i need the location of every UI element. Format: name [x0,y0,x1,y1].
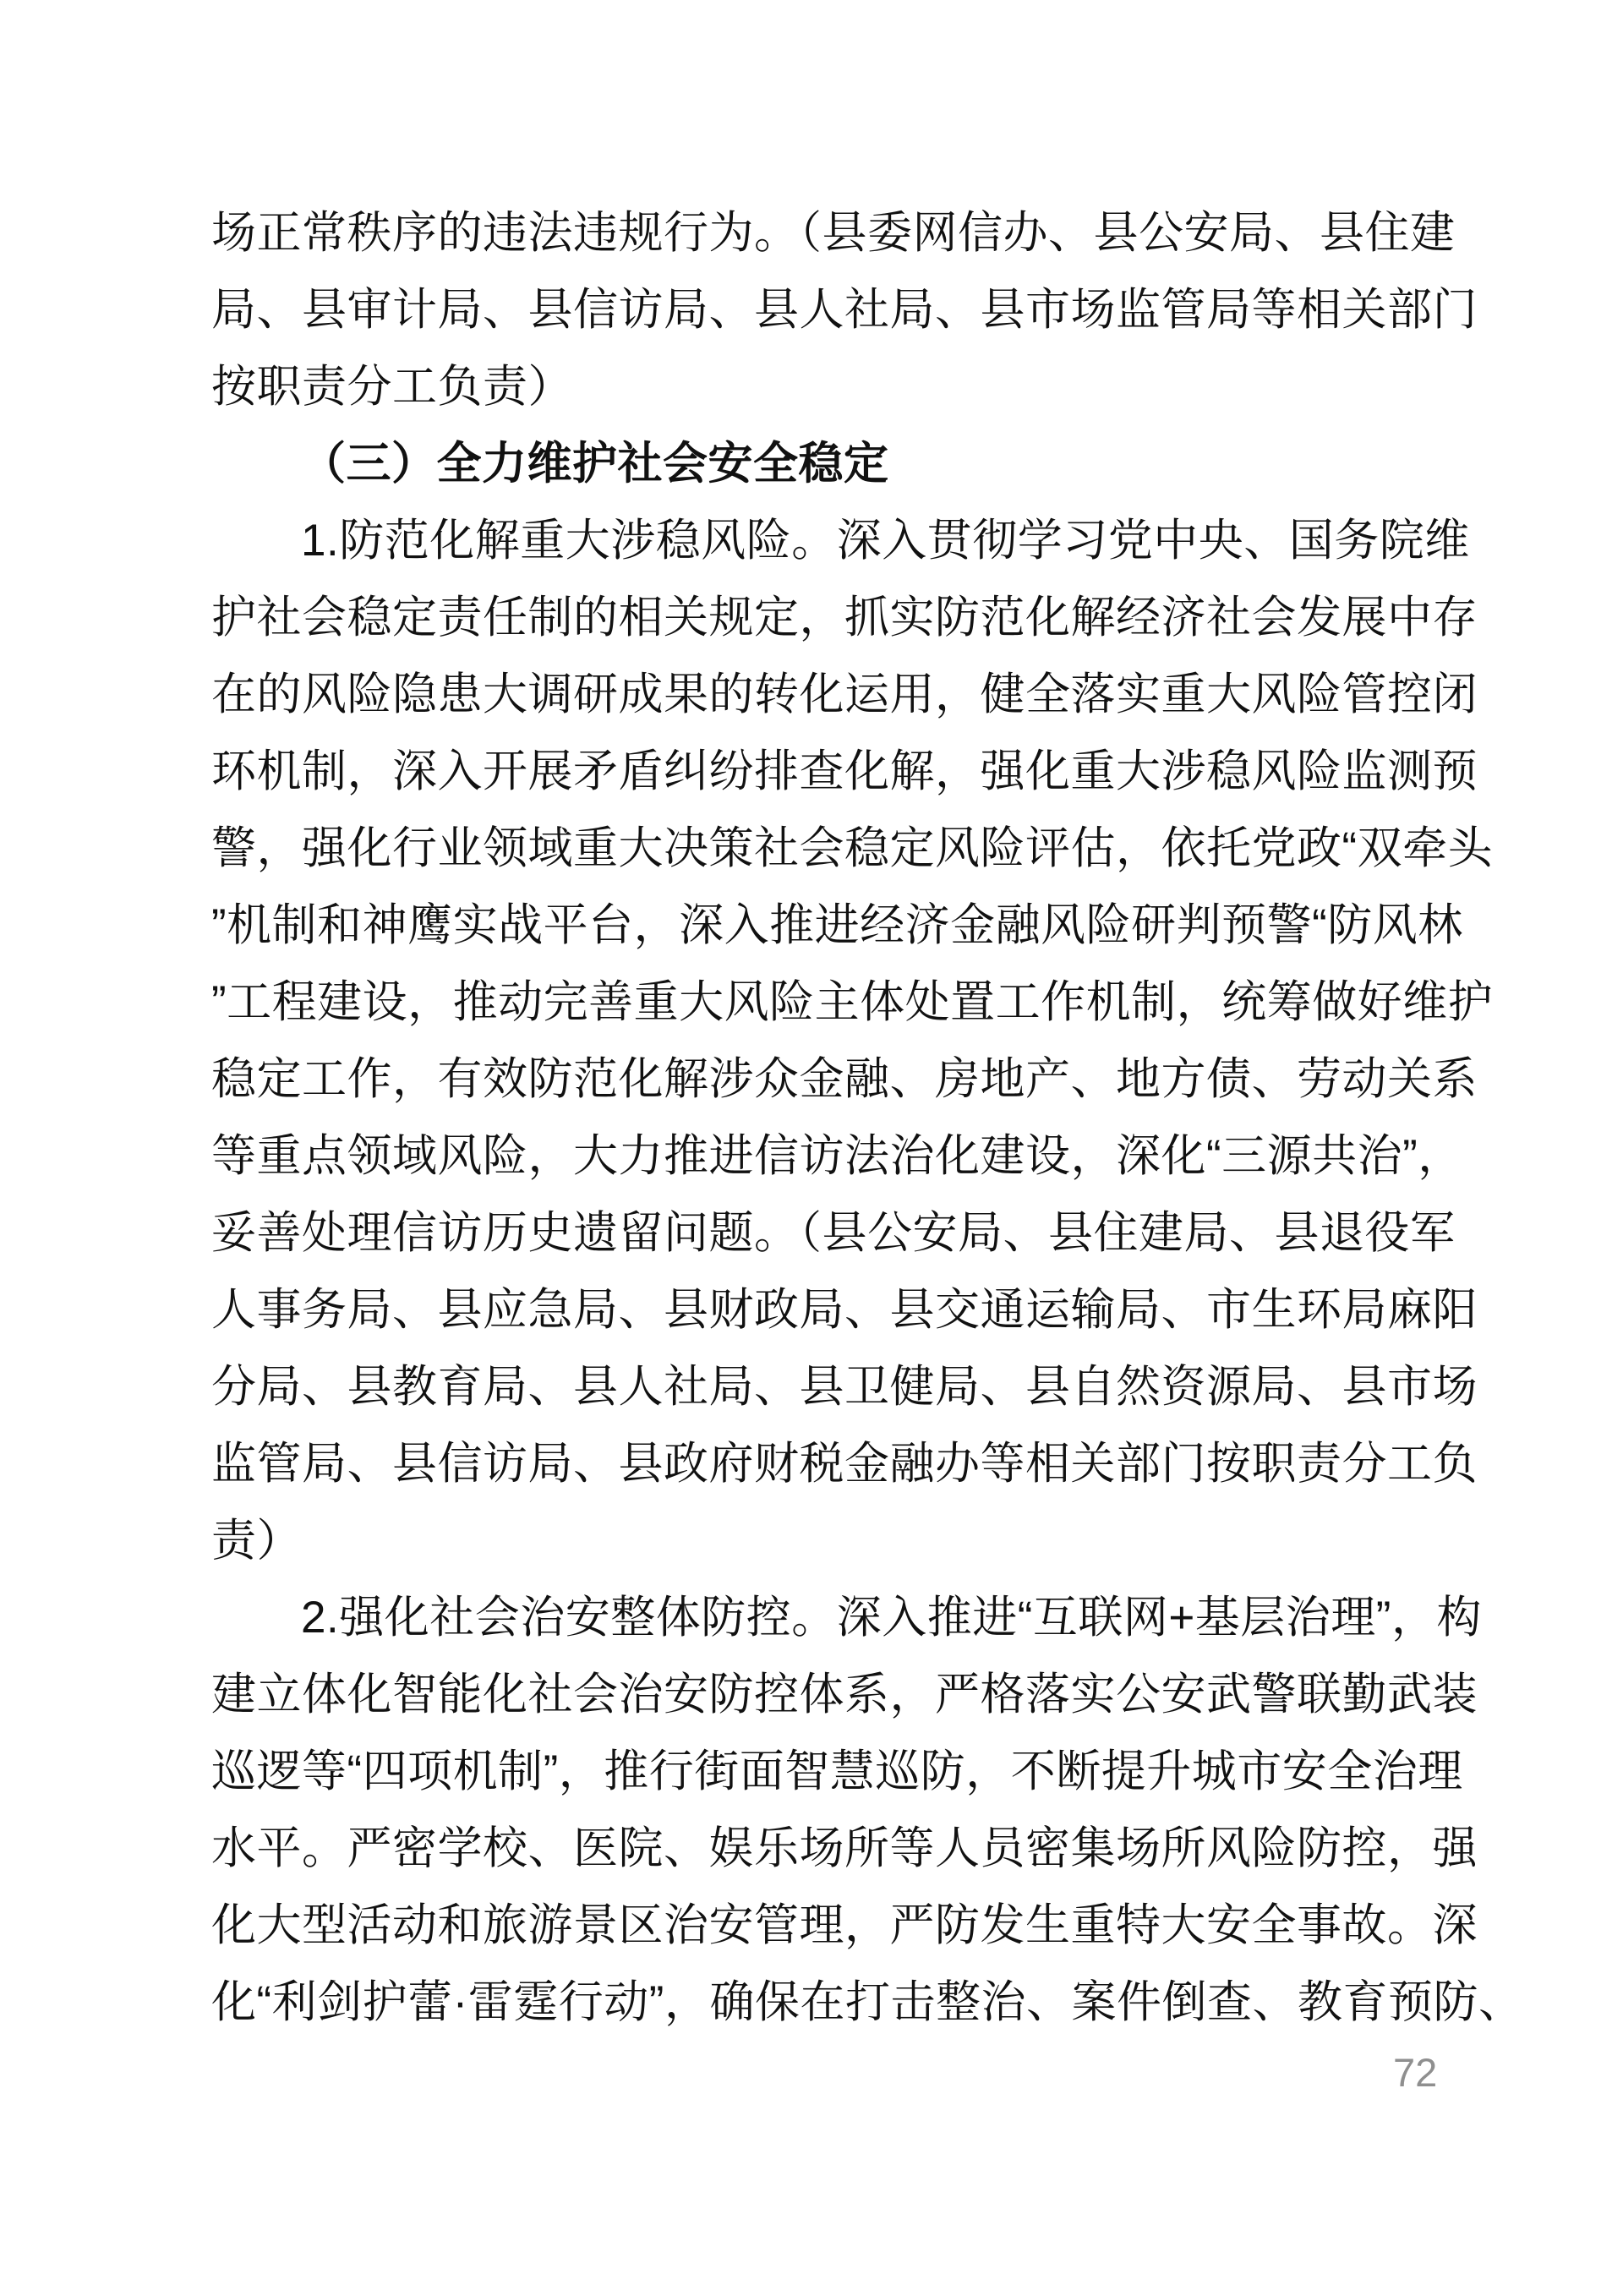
text-line: 稳定工作，有效防范化解涉众金融、房地产、地方债、劳动关系 [211,1041,1513,1118]
text-line: ”工程建设，推动完善重大风险主体处置工作机制，统筹做好维护 [211,964,1513,1041]
text-line: 妥善处理信访历史遗留问题。（县公安局、县住建局、县退役军 [211,1194,1513,1271]
text-line: ”机制和神鹰实战平台，深入推进经济金融风险研判预警“防风林 [211,887,1513,964]
text-line: 警，强化行业领域重大决策社会稳定风险评估，依托党政“双牵头 [211,810,1513,887]
text-line: 监管局、县信访局、县政府财税金融办等相关部门按职责分工负 [211,1425,1513,1502]
text-line: 1.防范化解重大涉稳风险。深入贯彻学习党中央、国务院维 [211,502,1513,579]
text-line: 局、县审计局、县信访局、县人社局、县市场监管局等相关部门 [211,271,1513,348]
text-line: 水平。严密学校、医院、娱乐场所等人员密集场所风险防控，强 [211,1810,1513,1887]
document-page: 场正常秩序的违法违规行为。（县委网信办、县公安局、县住建局、县审计局、县信访局、… [0,0,1623,2296]
document-body: 场正常秩序的违法违规行为。（县委网信办、县公安局、县住建局、县审计局、县信访局、… [211,194,1513,2041]
text-line: 人事务局、县应急局、县财政局、县交通运输局、市生环局麻阳 [211,1271,1513,1348]
text-line: 化大型活动和旅游景区治安管理，严防发生重特大安全事故。深 [211,1887,1513,1964]
page-number: 72 [1393,2049,1437,2096]
text-line: 化“利剑护蕾·雷霆行动”，确保在打击整治、案件倒查、教育预防、 [211,1964,1513,2041]
section-heading-line: （三）全力维护社会安全稳定 [211,425,1513,502]
text-line: 护社会稳定责任制的相关规定，抓实防范化解经济社会发展中存 [211,579,1513,656]
text-line: 分局、县教育局、县人社局、县卫健局、县自然资源局、县市场 [211,1348,1513,1425]
text-line: 2.强化社会治安整体防控。深入推进“互联网+基层治理”，构 [211,1579,1513,1656]
text-line: 巡逻等“四项机制”，推行街面智慧巡防，不断提升城市安全治理 [211,1733,1513,1810]
text-line: 按职责分工负责） [211,348,1513,425]
text-line: 责） [211,1502,1513,1579]
text-line: 等重点领域风险，大力推进信访法治化建设，深化“三源共治”， [211,1118,1513,1194]
text-line: 在的风险隐患大调研成果的转化运用，健全落实重大风险管控闭 [211,656,1513,733]
text-line: 场正常秩序的违法违规行为。（县委网信办、县公安局、县住建 [211,194,1513,271]
text-line: 环机制，深入开展矛盾纠纷排查化解，强化重大涉稳风险监测预 [211,733,1513,810]
text-line: 建立体化智能化社会治安防控体系，严格落实公安武警联勤武装 [211,1656,1513,1733]
